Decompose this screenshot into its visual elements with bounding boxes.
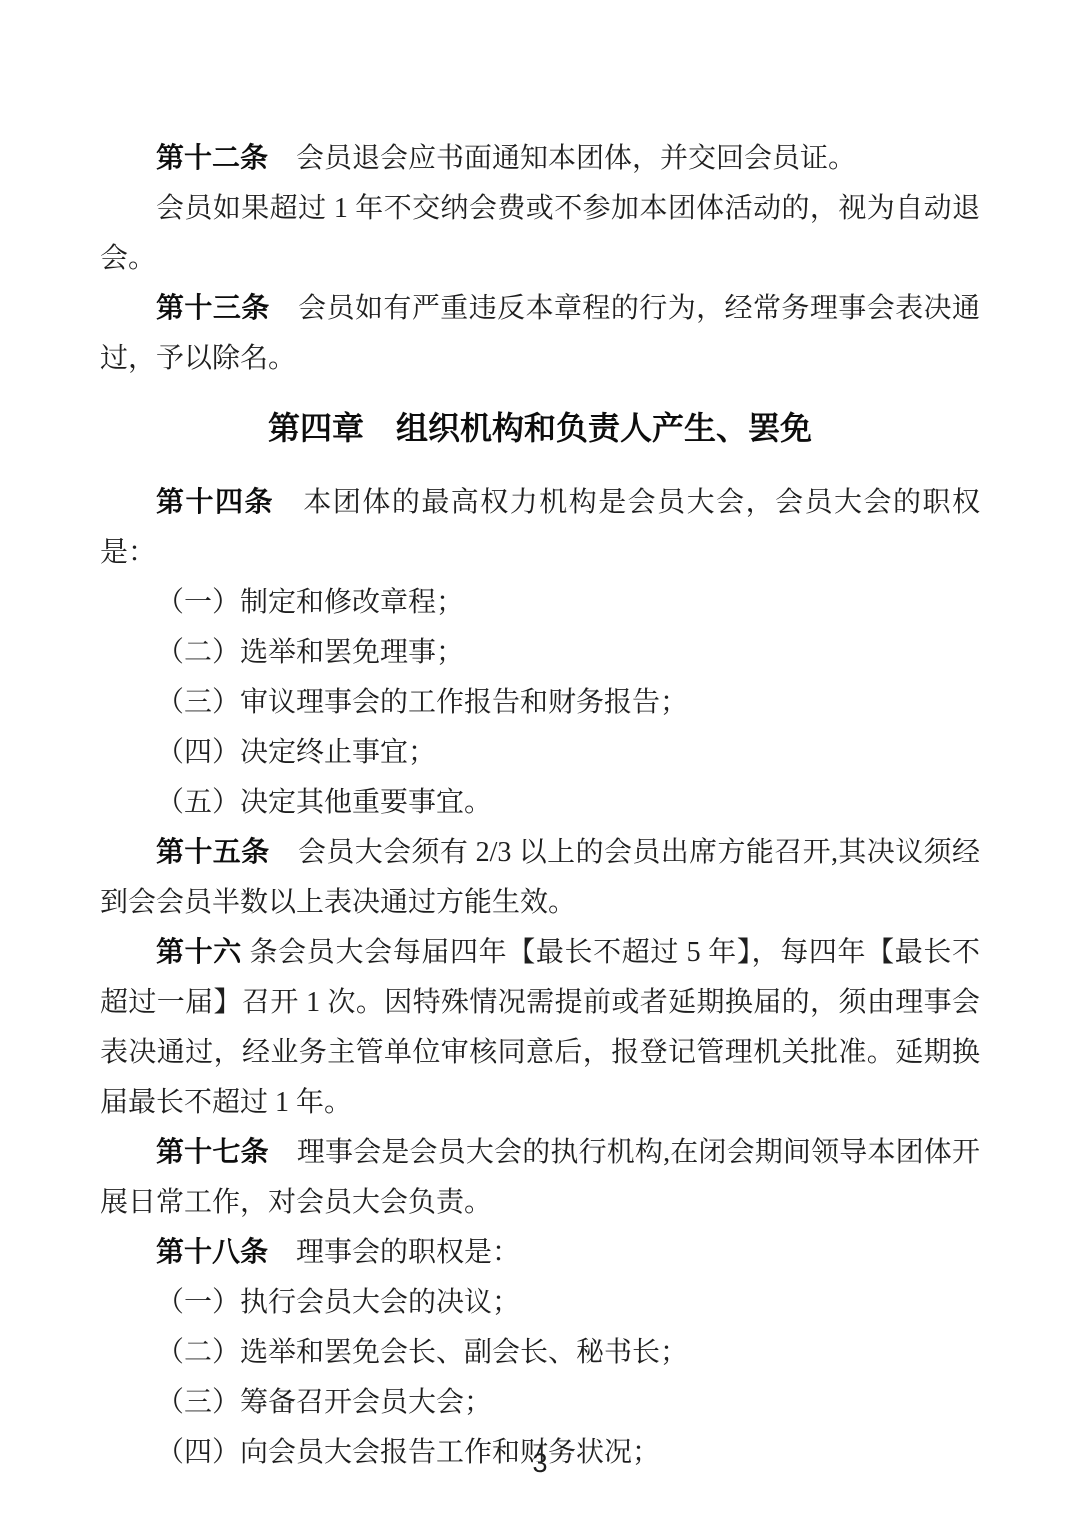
paragraph: 第十三条 会员如有严重违反本章程的行为，经常务理事会表决通过，予以除名。 xyxy=(100,284,980,384)
article-separator xyxy=(274,487,303,518)
paragraph: （三）审议理事会的工作报告和财务报告； xyxy=(100,678,980,728)
paragraph-text: 会员如果超过 1 年不交纳会费或不参加本团体活动的，视为自动退会。 xyxy=(100,193,980,274)
article-number: 第十三条 xyxy=(156,293,270,324)
paragraph-text: （二）选举和罢免会长、副会长、秘书长； xyxy=(156,1337,688,1368)
paragraph-text: （五）决定其他重要事宜。 xyxy=(156,787,492,818)
article-number: 第十六 xyxy=(156,937,242,968)
article-number: 第十八条 xyxy=(156,1237,268,1268)
article-separator xyxy=(242,937,250,968)
paragraph: （五）决定其他重要事宜。 xyxy=(100,778,980,828)
paragraph-text: 会员退会应书面通知本团体，并交回会员证。 xyxy=(296,143,856,174)
paragraph: （二）选举和罢免会长、副会长、秘书长； xyxy=(100,1328,980,1378)
document-body: 第十二条 会员退会应书面通知本团体，并交回会员证。会员如果超过 1 年不交纳会费… xyxy=(100,134,980,1478)
paragraph: 第十四条 本团体的最高权力机构是会员大会，会员大会的职权是： xyxy=(100,478,980,578)
paragraph: （一）制定和修改章程； xyxy=(100,578,980,628)
article-separator xyxy=(268,1237,296,1268)
paragraph-text: 理事会的职权是： xyxy=(296,1237,520,1268)
paragraph: （三）筹备召开会员大会； xyxy=(100,1378,980,1428)
paragraph: （二）选举和罢免理事； xyxy=(100,628,980,678)
article-separator xyxy=(270,293,298,324)
article-separator xyxy=(270,837,298,868)
paragraph-text: （二）选举和罢免理事； xyxy=(156,637,464,668)
paragraph: 第十八条 理事会的职权是： xyxy=(100,1228,980,1278)
document-page: 第十二条 会员退会应书面通知本团体，并交回会员证。会员如果超过 1 年不交纳会费… xyxy=(0,0,1080,1527)
paragraph-text: （一）制定和修改章程； xyxy=(156,587,464,618)
paragraph: 第十二条 会员退会应书面通知本团体，并交回会员证。 xyxy=(100,134,980,184)
paragraph: 会员如果超过 1 年不交纳会费或不参加本团体活动的，视为自动退会。 xyxy=(100,184,980,284)
article-number: 第十五条 xyxy=(156,837,270,868)
article-number: 第十四条 xyxy=(156,487,274,518)
paragraph: （一）执行会员大会的决议； xyxy=(100,1278,980,1328)
paragraph: 第十五条 会员大会须有 2/3 以上的会员出席方能召开,其决议须经到会会员半数以… xyxy=(100,828,980,928)
article-number: 第十七条 xyxy=(156,1137,269,1168)
paragraph-text: （三）筹备召开会员大会； xyxy=(156,1387,492,1418)
page-number: 3 xyxy=(0,1448,1080,1479)
paragraph-text: （四）决定终止事宜； xyxy=(156,737,436,768)
article-number: 第十二条 xyxy=(156,143,268,174)
article-separator xyxy=(268,143,296,174)
paragraph: 第十六 条会员大会每届四年【最长不超过 5 年】，每四年【最长不超过一届】召开 … xyxy=(100,928,980,1128)
chapter-heading: 第四章 组织机构和负责人产生、罢免 xyxy=(100,402,980,454)
paragraph-text: （一）执行会员大会的决议； xyxy=(156,1287,520,1318)
paragraph: （四）决定终止事宜； xyxy=(100,728,980,778)
paragraph-text: （三）审议理事会的工作报告和财务报告； xyxy=(156,687,688,718)
paragraph: 第十七条 理事会是会员大会的执行机构,在闭会期间领导本团体开展日常工作，对会员大… xyxy=(100,1128,980,1228)
article-separator xyxy=(269,1137,297,1168)
